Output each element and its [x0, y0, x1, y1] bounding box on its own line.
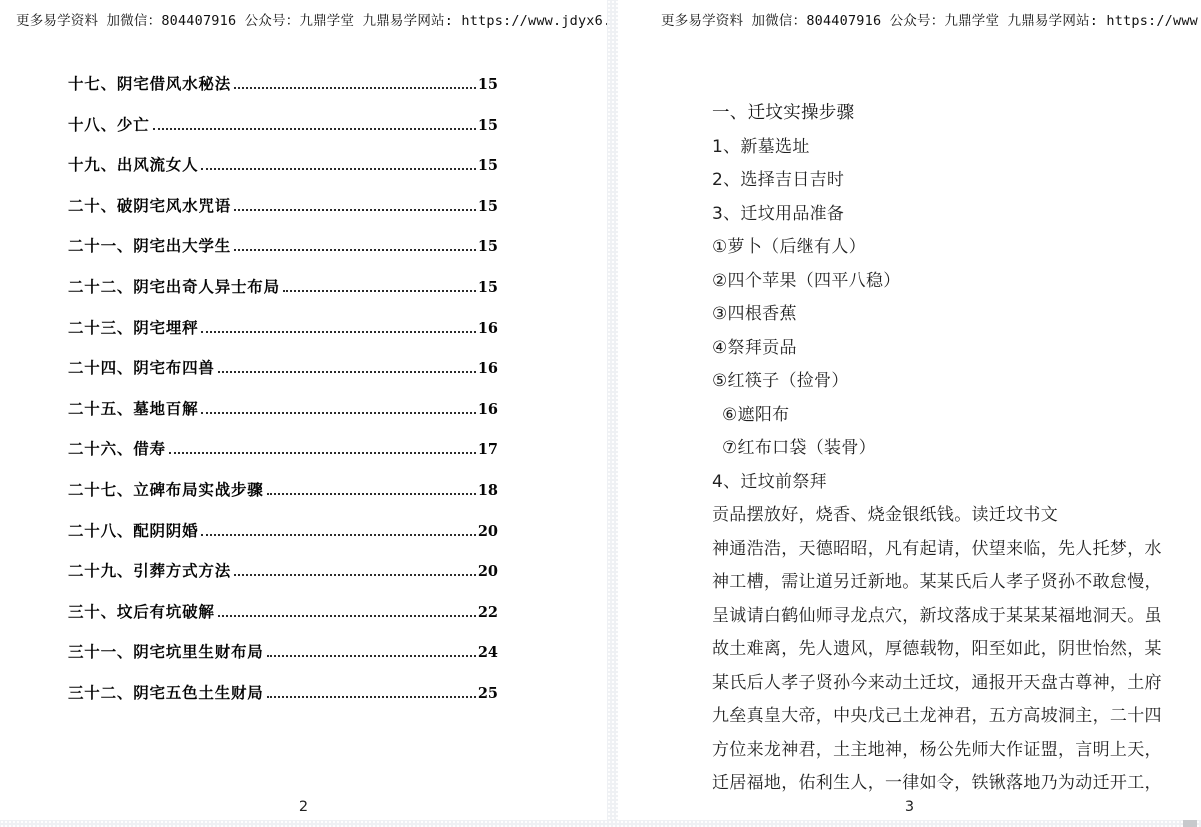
toc-dotted-leader	[169, 452, 476, 454]
text-line: 故土难离，先人遗风，厚德载物，阳至如此，阴世怡然，某	[712, 633, 1164, 667]
toc-entry-page-number: 16	[478, 320, 498, 337]
toc-entry-page-number: 15	[478, 238, 498, 255]
scrollbar-corner[interactable]	[1183, 820, 1197, 827]
text-line: 3、迁坟用品准备	[712, 198, 1164, 232]
text-line: 贡品摆放好，烧香、烧金银纸钱。读迁坟书文	[712, 499, 1164, 533]
toc-dotted-leader	[201, 412, 475, 414]
toc-entry-page-number: 24	[478, 644, 498, 661]
text-line-content: 贡品摆放好，烧香、烧金银纸钱。读迁坟书文	[712, 505, 1058, 525]
toc-entry: 十七、阴宅借风水秘法 15	[68, 72, 498, 113]
toc-entry: 三十一、阴宅坑里生财布局 24	[68, 640, 498, 681]
page-header-watermark: 更多易学资料 加微信：804407916 公众号：九鼎学堂 九鼎易学网站: ht…	[16, 9, 607, 29]
toc-dotted-leader	[218, 371, 476, 373]
text-line: 一、迁坟实操步骤	[712, 97, 1164, 131]
toc-entry-title: 二十九、引葬方式方法	[68, 559, 231, 581]
toc-entry-title: 十八、少亡	[68, 113, 150, 135]
toc-entry: 二十八、配阴阴婚 20	[68, 519, 498, 560]
text-line-content: ②四个苹果（四平八稳）	[712, 271, 901, 291]
toc-entry-title: 二十六、借寿	[68, 437, 166, 459]
text-line-content: 2、选择吉日吉时	[712, 170, 844, 190]
text-line: ②四个苹果（四平八稳）	[712, 265, 1164, 299]
text-line-content: ③四根香蕉	[712, 304, 797, 324]
text-line: 九垒真皇大帝，中央戊己土龙神君，五方高坡洞主，二十四	[712, 700, 1164, 734]
text-line: 呈诚请白鹤仙师寻龙点穴，新坟落成于某某某福地洞天。虽	[712, 600, 1164, 634]
page-number: 2	[0, 799, 607, 815]
toc-dotted-leader	[234, 87, 476, 89]
text-line: ⑦红布口袋（装骨）	[712, 432, 1164, 466]
text-line-content: 故土难离，先人遗风，厚德载物，阳至如此，阴世怡然，某	[712, 639, 1162, 659]
horizontal-scrollbar-track[interactable]	[0, 820, 1201, 827]
toc-entry-page-number: 17	[478, 441, 498, 458]
text-line-content: ⑤红筷子（捡骨）	[712, 371, 849, 391]
toc-entry-page-number: 18	[478, 482, 498, 499]
toc-entry: 二十七、立碑布局实战步骤 18	[68, 478, 498, 519]
text-line-content: 迁居福地，佑利生人，一律如令，铁锹落地乃为动迁开工，	[712, 773, 1162, 793]
text-line: 4、迁坟前祭拜	[712, 466, 1164, 500]
page-header-watermark: 更多易学资料 加微信：804407916 公众号：九鼎学堂 九鼎易学网站: ht…	[661, 9, 1201, 29]
toc-entry-title: 二十五、墓地百解	[68, 397, 198, 419]
text-line-content: ④祭拜贡品	[712, 338, 797, 358]
toc-entry: 二十四、阴宅布四兽 16	[68, 356, 498, 397]
page-gap-strip	[607, 0, 618, 820]
toc-dotted-leader	[234, 209, 476, 211]
toc-dotted-leader	[234, 249, 476, 251]
text-line-content: 1、新墓选址	[712, 137, 810, 157]
toc-entry-title: 三十、坟后有坑破解	[68, 600, 215, 622]
toc-entry: 二十五、墓地百解 16	[68, 397, 498, 438]
toc-entry: 二十二、阴宅出奇人异士布局 15	[68, 275, 498, 316]
toc-entry-title: 二十一、阴宅出大学生	[68, 234, 231, 256]
body-text-block: 一、迁坟实操步骤 1、新墓选址 2、选择吉日吉时 3、迁坟用品准备 ①萝卜（后继…	[712, 97, 1164, 801]
toc-dotted-leader	[218, 615, 476, 617]
toc-dotted-leader	[234, 574, 476, 576]
text-line: 2、选择吉日吉时	[712, 164, 1164, 198]
toc-entry-title: 十七、阴宅借风水秘法	[68, 72, 231, 94]
text-line-content: ①萝卜（后继有人）	[712, 237, 866, 257]
toc-entry: 二十三、阴宅埋秤 16	[68, 316, 498, 357]
toc-entry-title: 二十四、阴宅布四兽	[68, 356, 215, 378]
document-page-right: 更多易学资料 加微信：804407916 公众号：九鼎学堂 九鼎易学网站: ht…	[618, 0, 1201, 820]
text-line: ⑥遮阳布	[712, 399, 1164, 433]
toc-entry-page-number: 22	[478, 604, 498, 621]
text-line-content: 神通浩浩，天德昭昭，凡有起请，伏望来临，先人托梦，水	[712, 539, 1162, 559]
toc-entry-title: 三十二、阴宅五色土生财局	[68, 681, 264, 703]
text-line: 神通浩浩，天德昭昭，凡有起请，伏望来临，先人托梦，水	[712, 533, 1164, 567]
text-line-content: ⑥遮阳布	[722, 405, 789, 425]
toc-entry-page-number: 15	[478, 279, 498, 296]
toc-entry-page-number: 20	[478, 523, 498, 540]
toc-entry-title: 十九、出风流女人	[68, 153, 198, 175]
toc-entry: 十八、少亡 15	[68, 113, 498, 154]
toc-entry: 十九、出风流女人 15	[68, 153, 498, 194]
toc-entry-title: 二十二、阴宅出奇人异士布局	[68, 275, 280, 297]
toc-entry-title: 二十七、立碑布局实战步骤	[68, 478, 264, 500]
toc-entry-title: 二十三、阴宅埋秤	[68, 316, 198, 338]
toc-entry-page-number: 15	[478, 157, 498, 174]
toc-entry-page-number: 15	[478, 76, 498, 93]
text-line-content: 九垒真皇大帝，中央戊己土龙神君，五方高坡洞主，二十四	[712, 706, 1162, 726]
text-line: ⑤红筷子（捡骨）	[712, 365, 1164, 399]
text-line-content: 某氏后人孝子贤孙今来动土迁坟，通报开天盘古尊神，土府	[712, 673, 1162, 693]
text-line-content: 3、迁坟用品准备	[712, 204, 844, 224]
text-line: 某氏后人孝子贤孙今来动土迁坟，通报开天盘古尊神，土府	[712, 667, 1164, 701]
text-line-content: ⑦红布口袋（装骨）	[722, 438, 876, 458]
toc-entry-title: 三十一、阴宅坑里生财布局	[68, 640, 264, 662]
toc-dotted-leader	[283, 290, 476, 292]
toc-entry: 三十、坟后有坑破解 22	[68, 600, 498, 641]
text-line-content: 呈诚请白鹤仙师寻龙点穴，新坟落成于某某某福地洞天。虽	[712, 606, 1162, 626]
text-line: 1、新墓选址	[712, 131, 1164, 165]
toc-entry: 三十二、阴宅五色土生财局 25	[68, 681, 498, 722]
text-line: ③四根香蕉	[712, 298, 1164, 332]
text-line: 神工槽，需让道另迁新地。某某氏后人孝子贤孙不敢怠慢，	[712, 566, 1164, 600]
toc-entry-page-number: 15	[478, 198, 498, 215]
toc-dotted-leader	[267, 696, 476, 698]
toc-entry: 二十六、借寿 17	[68, 437, 498, 478]
text-line-content: 神工槽，需让道另迁新地。某某氏后人孝子贤孙不敢怠慢，	[712, 572, 1162, 592]
toc-entry: 二十一、阴宅出大学生 15	[68, 234, 498, 275]
toc-entry: 二十九、引葬方式方法 20	[68, 559, 498, 600]
toc-entry-title: 二十、破阴宅风水咒语	[68, 194, 231, 216]
toc-dotted-leader	[201, 168, 475, 170]
text-line-content: 一、迁坟实操步骤	[712, 103, 854, 123]
toc-entry-page-number: 20	[478, 563, 498, 580]
toc-dotted-leader	[201, 534, 475, 536]
document-page-left: 更多易学资料 加微信：804407916 公众号：九鼎学堂 九鼎易学网站: ht…	[0, 0, 607, 820]
text-line: 迁居福地，佑利生人，一律如令，铁锹落地乃为动迁开工，	[712, 767, 1164, 801]
toc-dotted-leader	[153, 128, 476, 130]
table-of-contents: 十七、阴宅借风水秘法 15 十八、少亡 15 十九、出风流女人 15 二十、破阴…	[68, 72, 498, 722]
toc-entry: 二十、破阴宅风水咒语 15	[68, 194, 498, 235]
toc-dotted-leader	[267, 655, 476, 657]
toc-dotted-leader	[201, 331, 475, 333]
text-line: 方位来龙神君，土主地神，杨公先师大作证盟，言明上天，	[712, 734, 1164, 768]
toc-entry-title: 二十八、配阴阴婚	[68, 519, 198, 541]
toc-dotted-leader	[267, 493, 476, 495]
toc-entry-page-number: 15	[478, 117, 498, 134]
text-line: ①萝卜（后继有人）	[712, 231, 1164, 265]
text-line-content: 4、迁坟前祭拜	[712, 472, 827, 492]
text-line: ④祭拜贡品	[712, 332, 1164, 366]
text-line-content: 方位来龙神君，土主地神，杨公先师大作证盟，言明上天，	[712, 740, 1162, 760]
toc-entry-page-number: 25	[478, 685, 498, 702]
page-number: 3	[618, 799, 1201, 815]
toc-entry-page-number: 16	[478, 360, 498, 377]
toc-entry-page-number: 16	[478, 401, 498, 418]
